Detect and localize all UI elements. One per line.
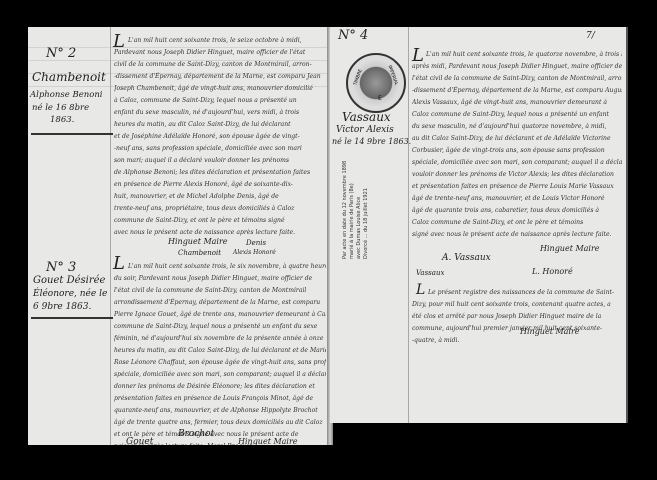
entry-text-line: et présentation faites en présence de Pi… <box>412 181 622 194</box>
entry-text-line: -dissement d'Épernay, département de la … <box>412 85 622 98</box>
entry-text-line: en présence de Pierre Alexis Honoré, âgé… <box>114 179 326 192</box>
closing-text-line: Le présent registre des naissances de la… <box>428 287 622 300</box>
entry-text-line: Caloz commune de Saint-Dizy, et ont le p… <box>412 217 622 230</box>
entry-text-line: âgé de trente-neuf ans, manouvrier, et d… <box>412 193 622 206</box>
entry-text-line: arrondissement d'Épernay, département de… <box>114 297 326 310</box>
signature: Hinguet Maire <box>520 327 580 336</box>
entry-number: N° 4 <box>338 29 368 44</box>
entry-text-line: signé avec nous le présent acte de naiss… <box>412 229 622 242</box>
signature: L. Honoré <box>532 267 573 276</box>
entry-text-line: heures du matin, au dit Caloz Saint-Dizy… <box>114 119 326 132</box>
entry-text-line: Joseph Chambenoit, âgé de vingt-huit ans… <box>114 83 326 96</box>
entry-text-line: après midi, Pardevant nous Joseph Didier… <box>412 61 622 74</box>
entry-text-line: l'état civil de la commune de Saint-Dizy… <box>114 285 326 298</box>
entry-text-line: au dit Caloz Saint-Dizy, de lui déclaran… <box>412 133 622 146</box>
signature: Brochot <box>178 429 214 439</box>
entry-year: 1863. <box>50 116 74 126</box>
entry-text-line: du sexe masculin, né d'aujourd'hui quato… <box>412 121 622 134</box>
entry-surname: Gouet Désirée <box>33 275 105 287</box>
entry-text-line: civil de la commune de Saint-Dizy, canto… <box>114 59 326 72</box>
entry-given-names: Éléonore, née le <box>33 289 107 299</box>
entry-text-line: L'an mil huit cent soixante trois, le se… <box>128 35 326 48</box>
entry-text-line: quarante-neuf ans, manouvrier, et de Alp… <box>114 405 326 418</box>
entry-text-line: heures du matin, au dit Caloz Saint-Dizy… <box>114 345 326 358</box>
closing-text-line: été clos et arrêté par nous Joseph Didie… <box>412 311 622 324</box>
entry-number: N° 3 <box>46 261 76 276</box>
signature: Gouet <box>126 437 153 445</box>
entry-text-line: vouloir donner les prénoms de Victor Ale… <box>412 169 622 182</box>
entry-text-line: spéciale, domiciliée avec son mari, son … <box>114 369 326 382</box>
entry-given-names: Victor Alexis <box>336 125 394 135</box>
initial-letter: L <box>113 253 125 274</box>
entry-text-line: Caloz commune de Saint-Dizy, lequel nous… <box>412 109 622 122</box>
entry-text-line: Pierre Ignace Gouet, âgé de trente ans, … <box>114 309 326 322</box>
signature: Denis <box>246 239 266 247</box>
entry-text-line: Pardevant nous Joseph Didier Hinguet, ma… <box>114 47 326 60</box>
entry-text-line: son mari; auquel il a déclaré vouloir do… <box>114 155 326 168</box>
closing-text-line: commune, aujourd'hui premier janvier mil… <box>412 323 622 336</box>
entry-text-line: -dissement d'Épernay, département de la … <box>114 71 326 84</box>
signature: Hinguet Maire <box>238 437 298 445</box>
entry-text-line: Corbusier, âgée de vingt-trois ans, son … <box>412 145 622 158</box>
closing-text-line: Dizy, pour mil huit cent soixante trois,… <box>412 299 622 312</box>
closing-text-line: -quatre, à midi. <box>412 335 622 348</box>
entry-text-line: huit, manouvrier, et de Michel Adolphe D… <box>114 191 326 204</box>
entry-birth-date: né le 16 8bre <box>32 104 89 114</box>
folio-number: 7/ <box>586 31 595 41</box>
entry-birth-date: né le 14 9bre 1863. <box>332 137 411 146</box>
page-edge <box>626 27 628 423</box>
signature: Alexis Honoré <box>233 249 276 256</box>
entry-divider <box>31 133 113 135</box>
imperial-stamp-icon: TIMBRE IMPERIAL E <box>346 53 406 113</box>
entry-text-line: Rose Léonore Chaffaut, son épouse âgée d… <box>114 357 326 370</box>
signature: A. Vassaux <box>442 253 491 263</box>
entry-text-line: Alexis Vassaux, âgé de vingt-huit ans, m… <box>412 97 622 110</box>
signature: Chambenoit <box>178 249 221 257</box>
entry-text-line: âgé de quarante trois ans, cabaretier, t… <box>412 205 622 218</box>
entry-divider <box>31 317 113 319</box>
entry-number: N° 2 <box>46 47 76 62</box>
initial-letter: L <box>416 282 425 298</box>
entry-text-line: commune de Saint-Dizy, et ont le père et… <box>114 215 326 228</box>
entry-text-line: âgé de trente quatre ans, fermier, tous … <box>114 417 326 430</box>
entry-text-line: à Caloz, commune de Saint-Dizy, lequel n… <box>114 95 326 108</box>
entry-text-line: du soir, Pardevant nous Joseph Didier Hi… <box>114 273 326 286</box>
entry-text-line: et de Joséphine Adélaïde Honoré, son épo… <box>114 131 326 144</box>
signature: Hinguet Maire <box>168 237 228 246</box>
right-page: N° 4 7/ TIMBRE IMPERIAL E Vassaux Victor… <box>330 27 628 423</box>
entry-text-line: spéciale, domiciliée avec son mari, son … <box>412 157 622 170</box>
entry-text-line: de Alphonse Benoni; les dites déclaratio… <box>114 167 326 180</box>
entry-surname: Chambenoit <box>32 71 106 85</box>
entry-text-line: féminin, né d'aujourd'hui six novembre d… <box>114 333 326 346</box>
entry-text-line: présentation faites en présence de Louis… <box>114 393 326 406</box>
entry-text-line: enfant du sexe masculin, né d'aujourd'hu… <box>114 107 326 120</box>
entry-given-names: Alphonse Benoni <box>30 91 103 101</box>
entry-birth-date: 6 9bre 1863. <box>33 302 91 312</box>
margin-line <box>110 27 111 445</box>
signature: Hinguet Maire <box>540 244 600 253</box>
left-page: N° 2 Chambenoit Alphonse Benoni né le 16… <box>28 27 330 445</box>
entry-text-line: l'état civil de la commune de Saint-Dizy… <box>412 73 622 86</box>
entry-surname: Vassaux <box>342 111 391 125</box>
signature: Vassaux <box>416 269 444 277</box>
entry-text-line: trente-neuf ans, propriétaire, tous deux… <box>114 203 326 216</box>
entry-text-line: L'an mil huit cent soixante trois, le si… <box>128 261 326 274</box>
entry-text-line: -neuf ans, sans profession spéciale, dom… <box>114 143 326 156</box>
entry-text-line: donner les prénoms de Désirée Éléonore; … <box>114 381 326 394</box>
entry-text-line: commune de Saint-Dizy, lequel nous a pré… <box>114 321 326 334</box>
entry-text-line: L'an mil huit cent soixante trois, le qu… <box>426 49 622 62</box>
